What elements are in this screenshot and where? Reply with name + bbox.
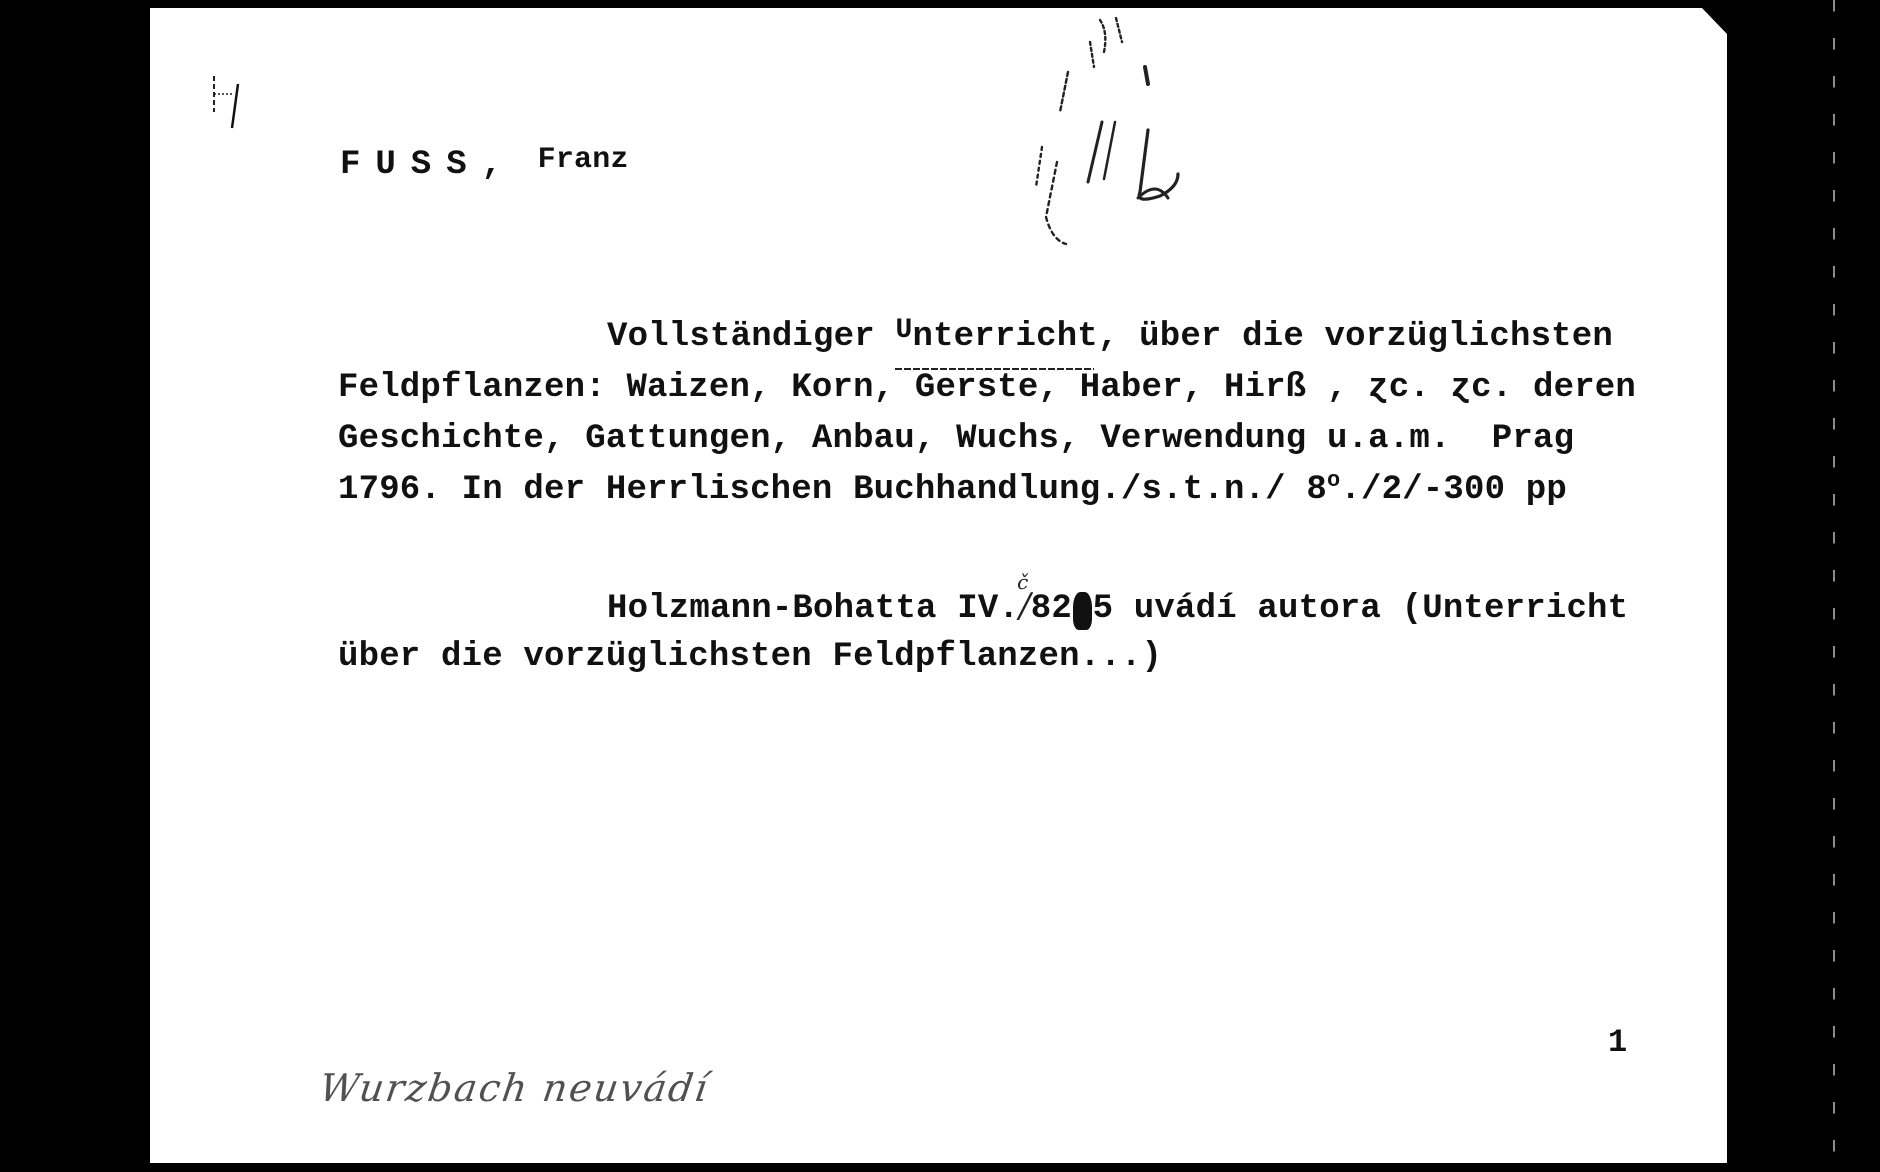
title-text: Vollständiger	[607, 318, 895, 356]
scan-dotted-line	[1833, 0, 1835, 1172]
note-line-1: Holzmann-Bohatta IV.č/8245 uvádí autora …	[607, 589, 1628, 626]
handwritten-letter: č	[1017, 565, 1028, 599]
reference-number: 5	[1093, 590, 1114, 628]
collation-text: ./2/-300 pp	[1340, 471, 1567, 509]
note-text: Holzmann-Bohatta IV.	[607, 590, 1019, 628]
page-number: 1	[1608, 1026, 1627, 1060]
imprint-text: 1796. In der Herrlischen Buchhandlung./s…	[338, 471, 1327, 509]
handwritten-corner-mark	[210, 72, 244, 130]
handwritten-correction: č/	[1019, 589, 1031, 623]
format-superscript: o	[1327, 468, 1340, 493]
underlined-text: nterricht	[912, 318, 1097, 356]
title-line-2: Feldpflanzen: Waizen, Korn, Gerste, Habe…	[338, 371, 1636, 405]
note-text: uvádí autora (Unterricht	[1113, 590, 1628, 628]
handwritten-signature-scribble	[1030, 12, 1190, 252]
title-line-3: Geschichte, Gattungen, Anbau, Wuchs, Ver…	[338, 422, 1574, 456]
handwritten-footer-note: Wurzbach neuvádí	[317, 1066, 712, 1110]
raised-letter: U	[895, 315, 912, 346]
underlined-word: Unterricht	[895, 318, 1097, 356]
author-forename: Franz	[538, 143, 629, 177]
author-heading: FUSS, Franz	[340, 148, 629, 183]
title-text: , über die vorzüglichsten	[1098, 318, 1613, 356]
author-surname: FUSS,	[340, 146, 517, 184]
catalog-card: FUSS, Franz Vollständiger Unterricht, üb…	[150, 8, 1727, 1163]
reference-number: 82	[1031, 590, 1072, 628]
overstruck-digit: 4	[1072, 590, 1093, 628]
note-line-2: über die vorzüglichsten Feldpflanzen...)	[338, 640, 1162, 674]
title-line-1: Vollständiger Unterricht, über die vorzü…	[607, 320, 1613, 356]
imprint-line: 1796. In der Herrlischen Buchhandlung./s…	[338, 473, 1567, 510]
